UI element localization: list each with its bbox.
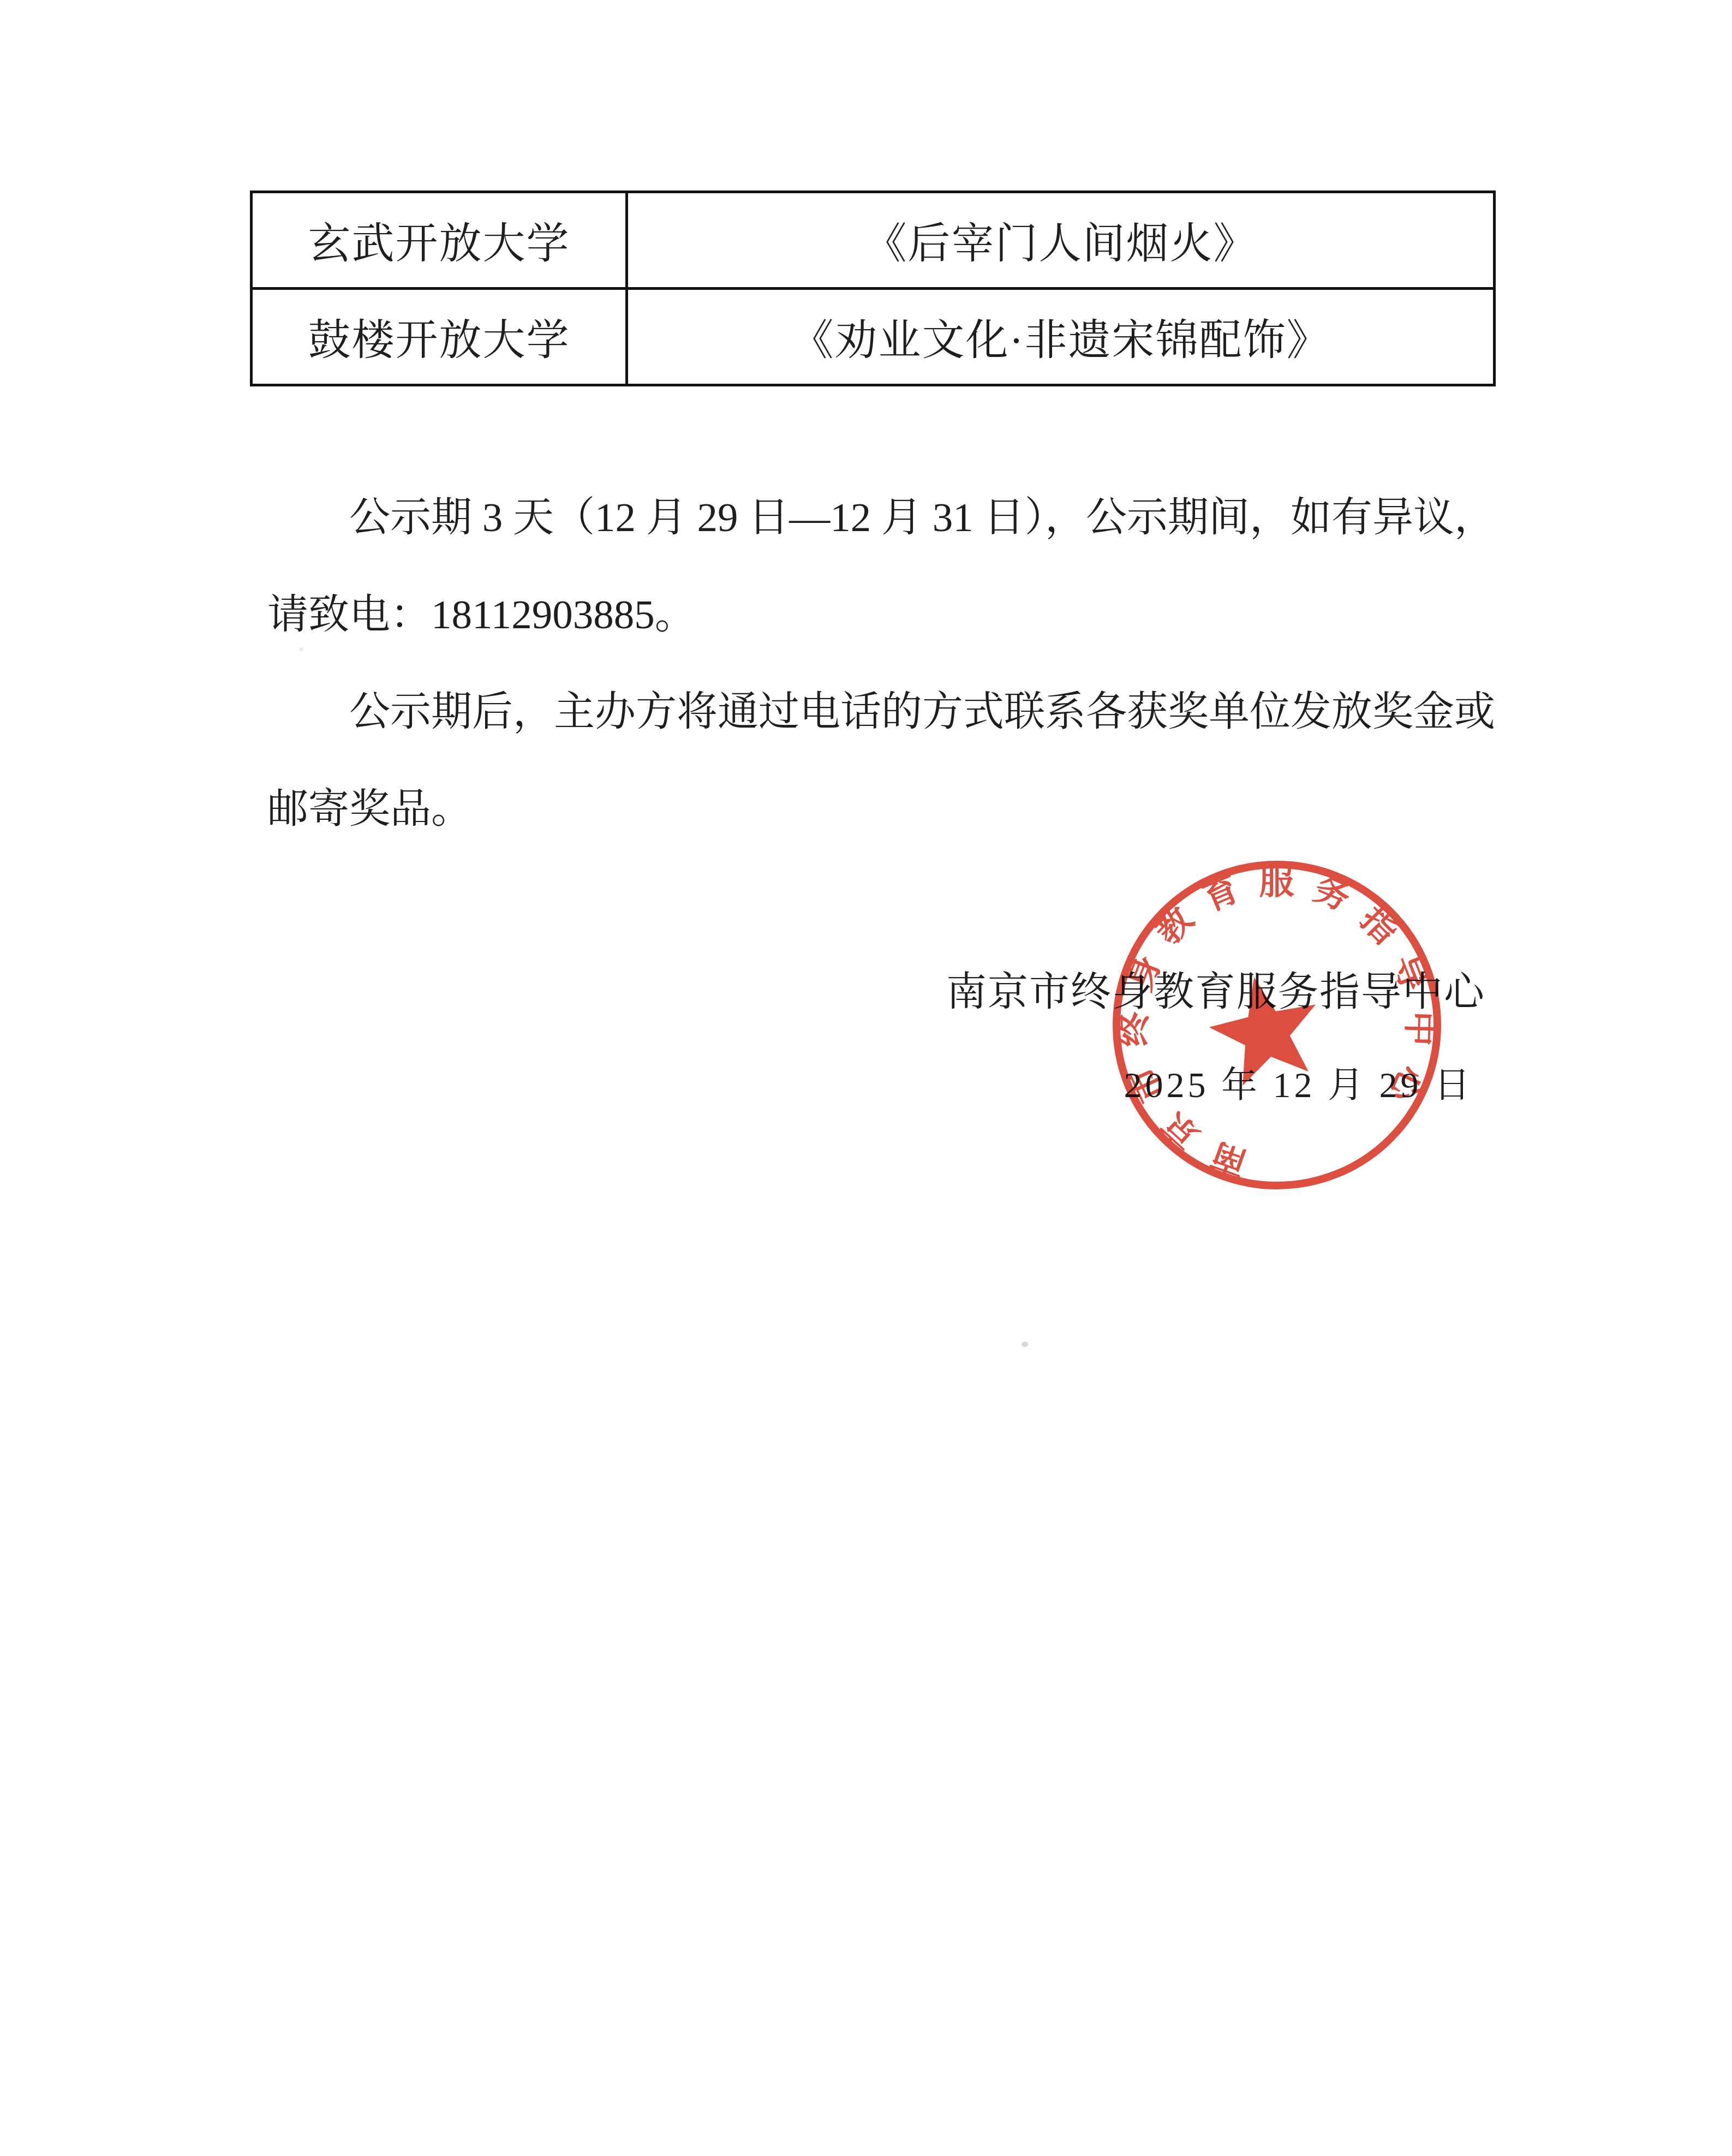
- table-row: 玄武开放大学 《后宰门人间烟火》: [252, 192, 1495, 289]
- official-seal: 南京市终身教育服务指导中心: [1105, 853, 1449, 1197]
- document-page: 玄武开放大学 《后宰门人间烟火》 鼓楼开放大学 《劝业文化·非遗宋锦配饰》 公示…: [0, 0, 1732, 2156]
- seal-star-icon: [1209, 977, 1316, 1086]
- work-cell: 《劝业文化·非遗宋锦配饰》: [627, 289, 1495, 385]
- unit-cell: 鼓楼开放大学: [252, 289, 627, 385]
- award-table: 玄武开放大学 《后宰门人间烟火》 鼓楼开放大学 《劝业文化·非遗宋锦配饰》: [250, 190, 1496, 386]
- paragraph-line: 请致电：18112903885。: [267, 567, 1490, 664]
- work-cell: 《后宰门人间烟火》: [627, 192, 1495, 289]
- scan-noise-speck: [299, 647, 303, 651]
- scan-noise-speck: [1022, 1342, 1028, 1347]
- paragraph-line: 公示期 3 天（12 月 29 日—12 月 31 日），公示期间，如有异议，: [267, 469, 1490, 567]
- paragraph-line: 公示期后，主办方将通过电话的方式联系各获奖单位发放奖金或: [267, 664, 1490, 761]
- body-text: 公示期 3 天（12 月 29 日—12 月 31 日），公示期间，如有异议， …: [267, 469, 1490, 858]
- table-row: 鼓楼开放大学 《劝业文化·非遗宋锦配饰》: [252, 289, 1495, 385]
- paragraph-line: 邮寄奖品。: [267, 761, 1490, 858]
- unit-cell: 玄武开放大学: [252, 192, 627, 289]
